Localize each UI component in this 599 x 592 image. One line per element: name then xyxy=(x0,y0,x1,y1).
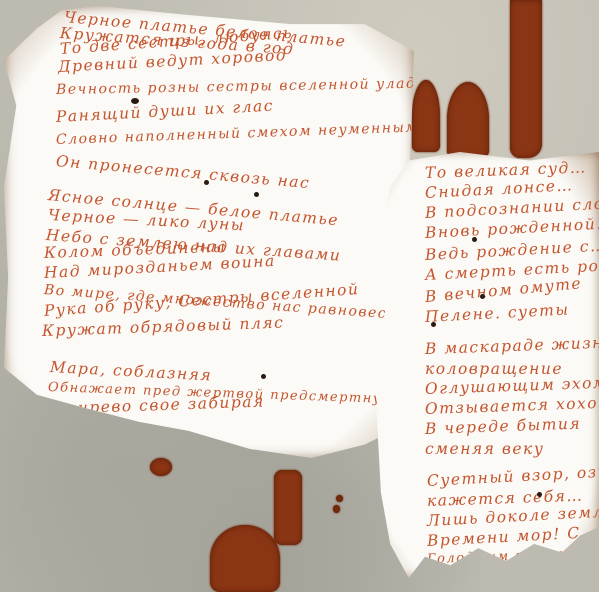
poem-line: В маскараде жизни xyxy=(425,333,599,358)
poem-line: Вечность розны сестры вселенной уладе xyxy=(56,76,426,98)
ink-dot xyxy=(131,98,139,104)
stain-bottom xyxy=(210,525,280,592)
stain-bottom-neck xyxy=(274,470,302,545)
poem-line: сменяя веку xyxy=(425,440,544,458)
ink-dot xyxy=(480,294,485,299)
left-manuscript-page: Черное платье белое платье Кружатся из г… xyxy=(4,6,414,458)
stain-drip-right xyxy=(510,0,542,158)
poem-line: Суетный взор, озир… xyxy=(427,461,599,490)
ink-dot xyxy=(204,180,209,185)
stain-small xyxy=(150,458,172,476)
poem-line: Ранящий души их глас xyxy=(56,97,275,126)
ink-dot xyxy=(254,192,259,197)
poem-line: Пелене. суеты xyxy=(425,300,570,326)
poem-line: Он пронесется сквозь нас xyxy=(55,152,311,192)
stain-drip-middle xyxy=(447,82,489,157)
stain-dot-1 xyxy=(336,495,343,502)
ink-dot xyxy=(431,322,436,327)
stain-dot-2 xyxy=(333,505,340,513)
ink-dot xyxy=(537,492,542,497)
poem-line: В череде бытия xyxy=(425,415,582,438)
right-manuscript-page: То великая суд… Снидая лонсе… В подсозна… xyxy=(367,152,599,578)
ink-dot xyxy=(261,374,266,379)
ink-dot xyxy=(472,237,477,242)
poem-line: Словно наполненный смехом неуменным xyxy=(56,119,419,148)
stain-drip-left xyxy=(412,80,440,152)
